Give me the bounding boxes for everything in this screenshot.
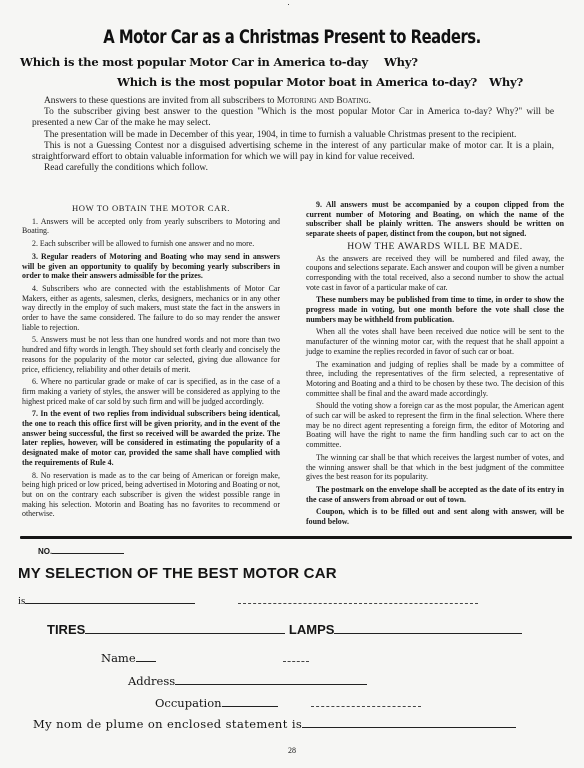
awards-paragraph: The postmark on the envelope shall be ac… bbox=[306, 485, 564, 504]
question-car: Which is the most popular Motor Car in A… bbox=[20, 55, 418, 69]
selection-field[interactable] bbox=[25, 602, 195, 604]
rule-item: 2. Each subscriber will be allowed to fu… bbox=[22, 239, 280, 249]
rule-item: 8. No reservation is made as to the car … bbox=[22, 471, 280, 520]
rule-item: 1. Answers will be accepted only from ye… bbox=[22, 217, 280, 236]
awards-paragraph: When all the votes shall have been recei… bbox=[306, 327, 564, 356]
print-speck bbox=[288, 4, 289, 5]
question-boat: Which is the most popular Motor boat in … bbox=[117, 75, 523, 89]
intro-paragraph: Read carefully the conditions which foll… bbox=[32, 163, 554, 174]
rule-item: 7. In the event of two replies from indi… bbox=[22, 409, 280, 467]
address-row: Address bbox=[128, 674, 367, 688]
coupon-heading: MY SELECTION OF THE BEST MOTOR CAR bbox=[18, 565, 337, 582]
rule-item: 4. Subscribers who are connected with th… bbox=[22, 284, 280, 333]
occupation-field[interactable] bbox=[222, 705, 278, 707]
rule-item: 6. Where no particular grade or make of … bbox=[22, 377, 280, 406]
coupon-number: NO. bbox=[38, 547, 124, 556]
awards-paragraph: Should the voting show a foreign car as … bbox=[306, 401, 564, 450]
awards-paragraph: Coupon, which is to be filled out and se… bbox=[306, 507, 564, 526]
rule-item: 5. Answers must be not less than one hun… bbox=[22, 335, 280, 374]
coupon-number-field[interactable] bbox=[52, 552, 124, 554]
coupon-divider bbox=[20, 536, 572, 539]
address-field[interactable] bbox=[175, 683, 367, 685]
name-row: Name bbox=[101, 651, 309, 665]
rules-column-right: 9. All answers must be accompanied by a … bbox=[306, 200, 564, 530]
question-car-text: Which is the most popular Motor Car in A… bbox=[20, 55, 368, 69]
rule-item: 3. Regular readers of Motoring and Boati… bbox=[22, 252, 280, 281]
page-number: 28 bbox=[0, 746, 584, 755]
name-field[interactable] bbox=[136, 660, 156, 662]
tires-lamps-row: TIRES LAMPS bbox=[47, 622, 522, 637]
intro-paragraph: To the subscriber giving best answer to … bbox=[32, 107, 554, 129]
page-title: A Motor Car as a Christmas Present to Re… bbox=[64, 26, 520, 48]
awards-paragraph: The examination and judging of replies s… bbox=[306, 360, 564, 399]
name-label: Name bbox=[101, 651, 136, 665]
awards-paragraph: As the answers are received they will be… bbox=[306, 254, 564, 293]
lamps-field[interactable] bbox=[334, 632, 522, 634]
document-page: A Motor Car as a Christmas Present to Re… bbox=[0, 0, 584, 768]
awards-paragraph: These numbers may be published from time… bbox=[306, 295, 564, 324]
selection-field-continued[interactable] bbox=[238, 602, 478, 604]
lamps-label: LAMPS bbox=[289, 622, 335, 637]
selection-label: is bbox=[18, 595, 25, 607]
rule-item: 9. All answers must be accompanied by a … bbox=[306, 200, 564, 239]
question-boat-why: Why? bbox=[489, 75, 523, 89]
name-field-continued[interactable] bbox=[283, 660, 309, 662]
occupation-field-continued[interactable] bbox=[311, 705, 421, 707]
rules-heading: HOW TO OBTAIN THE MOTOR CAR. bbox=[22, 204, 280, 214]
tires-field[interactable] bbox=[85, 632, 285, 634]
coupon-number-label: NO. bbox=[38, 547, 52, 556]
question-boat-text: Which is the most popular Motor boat in … bbox=[117, 75, 477, 89]
nom-de-plume-field[interactable] bbox=[302, 726, 516, 728]
question-car-why: Why? bbox=[384, 55, 418, 69]
selection-row: is bbox=[18, 595, 478, 607]
nom-de-plume-row: My nom de plume on enclosed statement is bbox=[33, 717, 516, 731]
intro-paragraph: Answers to these questions are invited f… bbox=[32, 96, 554, 107]
intro-paragraph: This is not a Guessing Contest nor a dis… bbox=[32, 141, 554, 163]
awards-paragraph: The winning car shall be that which rece… bbox=[306, 453, 564, 482]
intro-paragraph: The presentation will be made in Decembe… bbox=[32, 130, 554, 141]
occupation-row: Occupation bbox=[155, 696, 421, 710]
nom-de-plume-label: My nom de plume on enclosed statement is bbox=[33, 717, 302, 731]
intro-section: Answers to these questions are invited f… bbox=[32, 96, 554, 174]
awards-heading: HOW THE AWARDS WILL BE MADE. bbox=[306, 242, 564, 252]
occupation-label: Occupation bbox=[155, 696, 222, 710]
rules-column-left: HOW TO OBTAIN THE MOTOR CAR. 1. Answers … bbox=[22, 204, 280, 522]
publication-name: Motoring and Boating bbox=[277, 96, 369, 106]
tires-label: TIRES bbox=[47, 622, 85, 637]
address-label: Address bbox=[128, 674, 175, 688]
